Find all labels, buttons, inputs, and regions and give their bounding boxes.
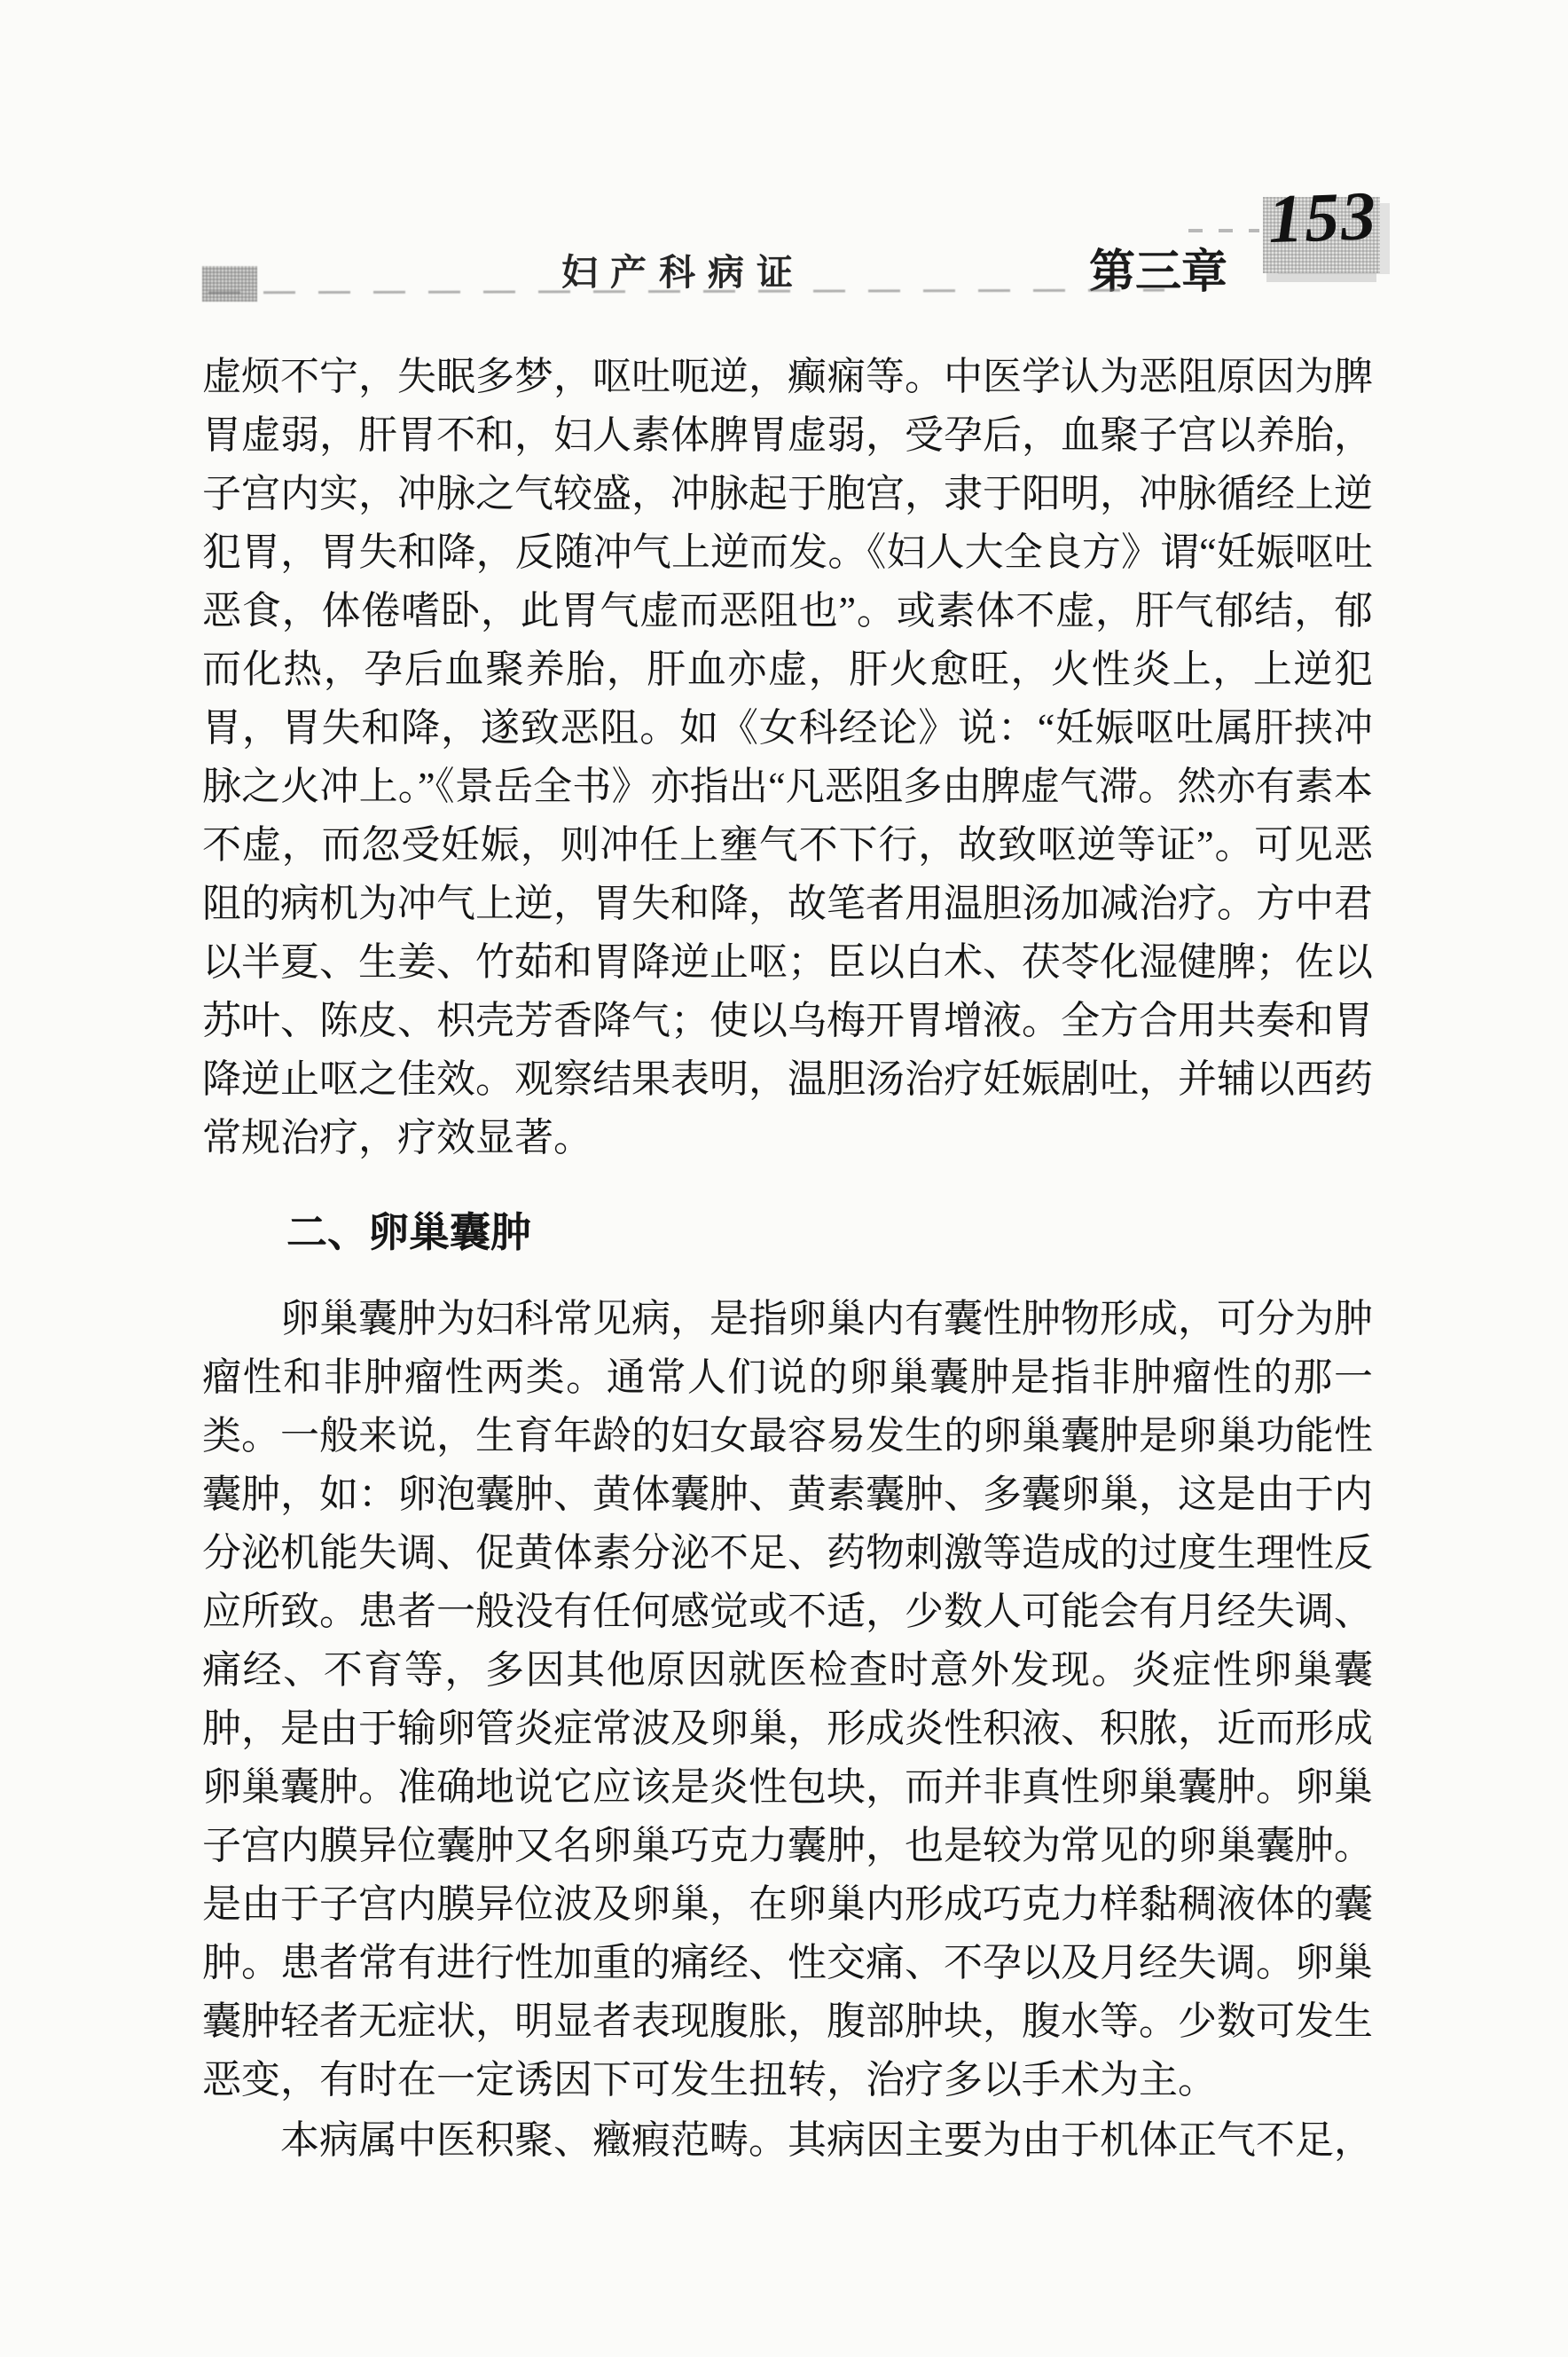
- paragraph-tcm-etiology: 本病属中医积聚、癥瘕范畴。其病因主要为由于机体正气不足，: [202, 2111, 1373, 2170]
- section-heading-ovarian-cyst: 二、卵巢囊肿: [202, 1204, 1373, 1262]
- book-page: 妇产科病证 第三章 153 虚烦不宁，失眠多梦，呕吐呃逆，癫痫等。中医学认为恶阻…: [0, 0, 1568, 2357]
- running-title: 妇产科病证: [561, 243, 805, 295]
- paragraph-ovarian-cyst: 卵巢囊肿为妇科常见病，是指卵巢内有囊性肿物形成，可分为肿瘤性和非肿瘤性两类。通常…: [202, 1290, 1373, 2110]
- paragraph-morning-sickness: 虚烦不宁，失眠多梦，呕吐呃逆，癫痫等。中医学认为恶阻原因为脾胃虚弱，肝胃不和，妇…: [202, 348, 1373, 1167]
- page-number-patch: 153: [1263, 197, 1380, 273]
- scan-dash-marks: [1188, 229, 1259, 232]
- page-body: 虚烦不宁，失眠多梦，呕吐呃逆，癫痫等。中医学认为恶阻原因为脾胃虚弱，肝胃不和，妇…: [202, 348, 1373, 2170]
- scan-smudge: [202, 266, 257, 302]
- page-number: 153: [1266, 176, 1378, 259]
